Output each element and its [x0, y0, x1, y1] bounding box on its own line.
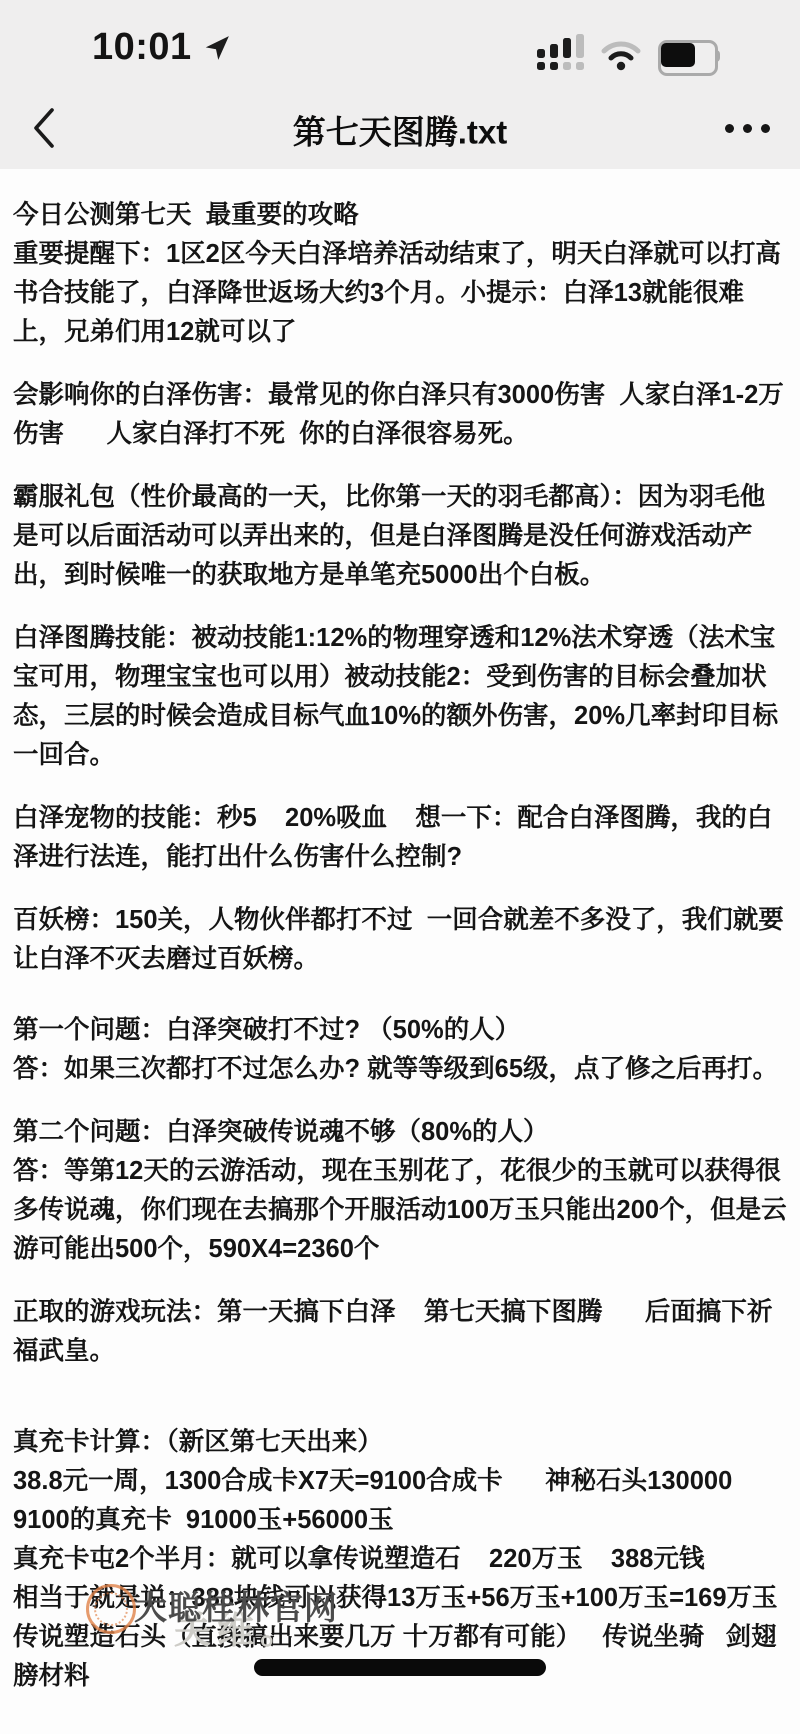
paragraph: 真充卡计算：（新区第七天出来） 38.8元一周，1300合成卡X7天=9100合… — [13, 1423, 787, 1696]
paragraph: 第一个问题：白泽突破打不过? （50%的人） 答：如果三次都打不过怎么办? 就等… — [13, 1011, 787, 1089]
paragraph: 百妖榜：150关，人物伙伴都打不过 一回合就差不多没了，我们就要让白泽不灭去磨过… — [13, 901, 787, 979]
paragraph: 第二个问题：白泽突破传说魂不够（80%的人） 答：等第12天的云游活动，现在玉别… — [13, 1113, 787, 1269]
paragraph: 今日公测第七天 最重要的攻略 重要提醒下：1区2区今天白泽培养活动结束了，明天白… — [13, 196, 787, 352]
battery-icon — [658, 40, 720, 72]
paragraph: 正取的游戏玩法：第一天搞下白泽 第七天搞下图腾 后面搞下祈福武皇。 — [13, 1293, 787, 1371]
status-time: 10:01 — [92, 26, 192, 69]
more-button[interactable] — [719, 100, 776, 156]
paragraph: 白泽宠物的技能：秒5 20%吸血 想一下：配合白泽图腾，我的白泽进行法连，能打出… — [13, 799, 787, 877]
header: 10:01 — [0, 0, 800, 169]
ellipsis-icon — [725, 124, 734, 133]
nav-bar: 第七天图腾.txt — [0, 92, 800, 169]
paragraph: 会影响你的白泽伤害：最常见的你白泽只有3000伤害 人家白泽1-2万伤害 人家白… — [13, 376, 787, 454]
wifi-icon — [600, 38, 642, 72]
location-arrow-icon — [202, 33, 232, 63]
paragraph: 白泽图腾技能：被动技能1:12%的物理穿透和12%法术穿透（法术宝宝可用，物理宝… — [13, 619, 787, 775]
back-button[interactable] — [22, 104, 66, 156]
status-icons — [537, 34, 720, 72]
paragraph: 霸服礼包（性价最高的一天，比你第一天的羽毛都高）：因为羽毛他是可以后面活动可以弄… — [13, 478, 787, 595]
cellular-signal-icon — [537, 34, 584, 72]
chevron-left-icon — [32, 107, 56, 154]
home-indicator[interactable] — [254, 1659, 546, 1676]
document-viewer[interactable]: 今日公测第七天 最重要的攻略 重要提醒下：1区2区今天白泽培养活动结束了，明天白… — [0, 169, 800, 1734]
file-title: 第七天图腾.txt — [100, 106, 700, 153]
phone-screen: 10:01 — [0, 0, 800, 1734]
status-time-group: 10:01 — [92, 26, 232, 69]
status-bar: 10:01 — [0, 0, 800, 92]
